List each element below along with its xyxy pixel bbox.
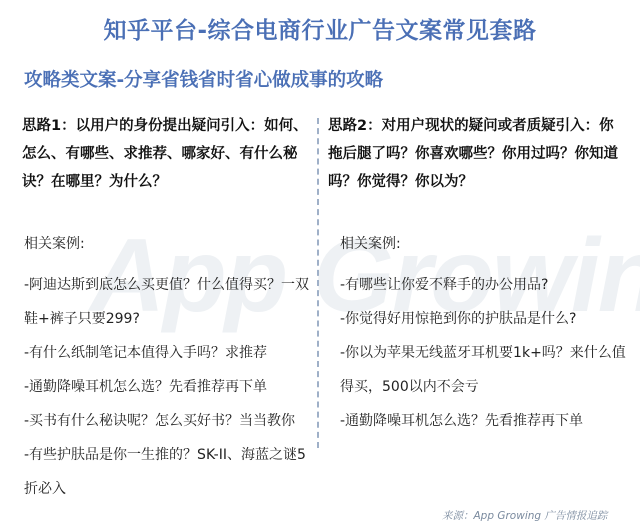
case-item: -有些护肤品是你一生推的？SK-II、海蓝之谜5折必入 [22, 438, 312, 506]
case-item: -有什么纸制笔记本值得入手吗？求推荐 [22, 336, 312, 370]
case-item: -你觉得好用惊艳到你的护肤品是什么? [328, 302, 628, 336]
right-cases: 相关案例: -有哪些让你爱不释手的办公用品? -你觉得好用惊艳到你的护肤品是什么… [328, 234, 628, 438]
case-item: -有哪些让你爱不释手的办公用品? [328, 268, 628, 302]
approach-2-heading: 思路2：对用户现状的疑问或者质疑引入：你拖后腿了吗？你喜欢哪些？你用过吗？你知道… [328, 112, 628, 196]
case-item: -买书有什么秘诀呢？怎么买好书？当当教你 [22, 404, 312, 438]
approach-1-heading: 思路1：以用户的身份提出疑问引入：如何、怎么、有哪些、求推荐、哪家好、有什么秘诀… [22, 112, 312, 196]
left-column: 思路1：以用户的身份提出疑问引入：如何、怎么、有哪些、求推荐、哪家好、有什么秘诀… [22, 112, 312, 506]
case-item: -阿迪达斯到底怎么买更值？什么值得买？一双鞋+裤子只要299? [22, 268, 312, 336]
case-item: -你以为苹果无线蓝牙耳机要1k+吗？来什么值得买，500以内不会亏 [328, 336, 628, 404]
cases-label: 相关案例: [22, 234, 312, 254]
page-title: 知乎平台-综合电商行业广告文案常见套路 [0, 12, 640, 45]
left-cases: 相关案例: -阿迪达斯到底怎么买更值？什么值得买？一双鞋+裤子只要299? -有… [22, 234, 312, 506]
cases-label: 相关案例: [328, 234, 628, 254]
case-item: -通勤降噪耳机怎么选？先看推荐再下单 [328, 404, 628, 438]
right-column: 思路2：对用户现状的疑问或者质疑引入：你拖后腿了吗？你喜欢哪些？你用过吗？你知道… [328, 112, 628, 438]
source-credit: 来源：App Growing 广告情报追踪 [442, 508, 607, 523]
section-subtitle: 攻略类文案-分享省钱省时省心做成事的攻略 [24, 66, 383, 92]
case-item: -通勤降噪耳机怎么选？先看推荐再下单 [22, 370, 312, 404]
column-divider [317, 118, 319, 448]
